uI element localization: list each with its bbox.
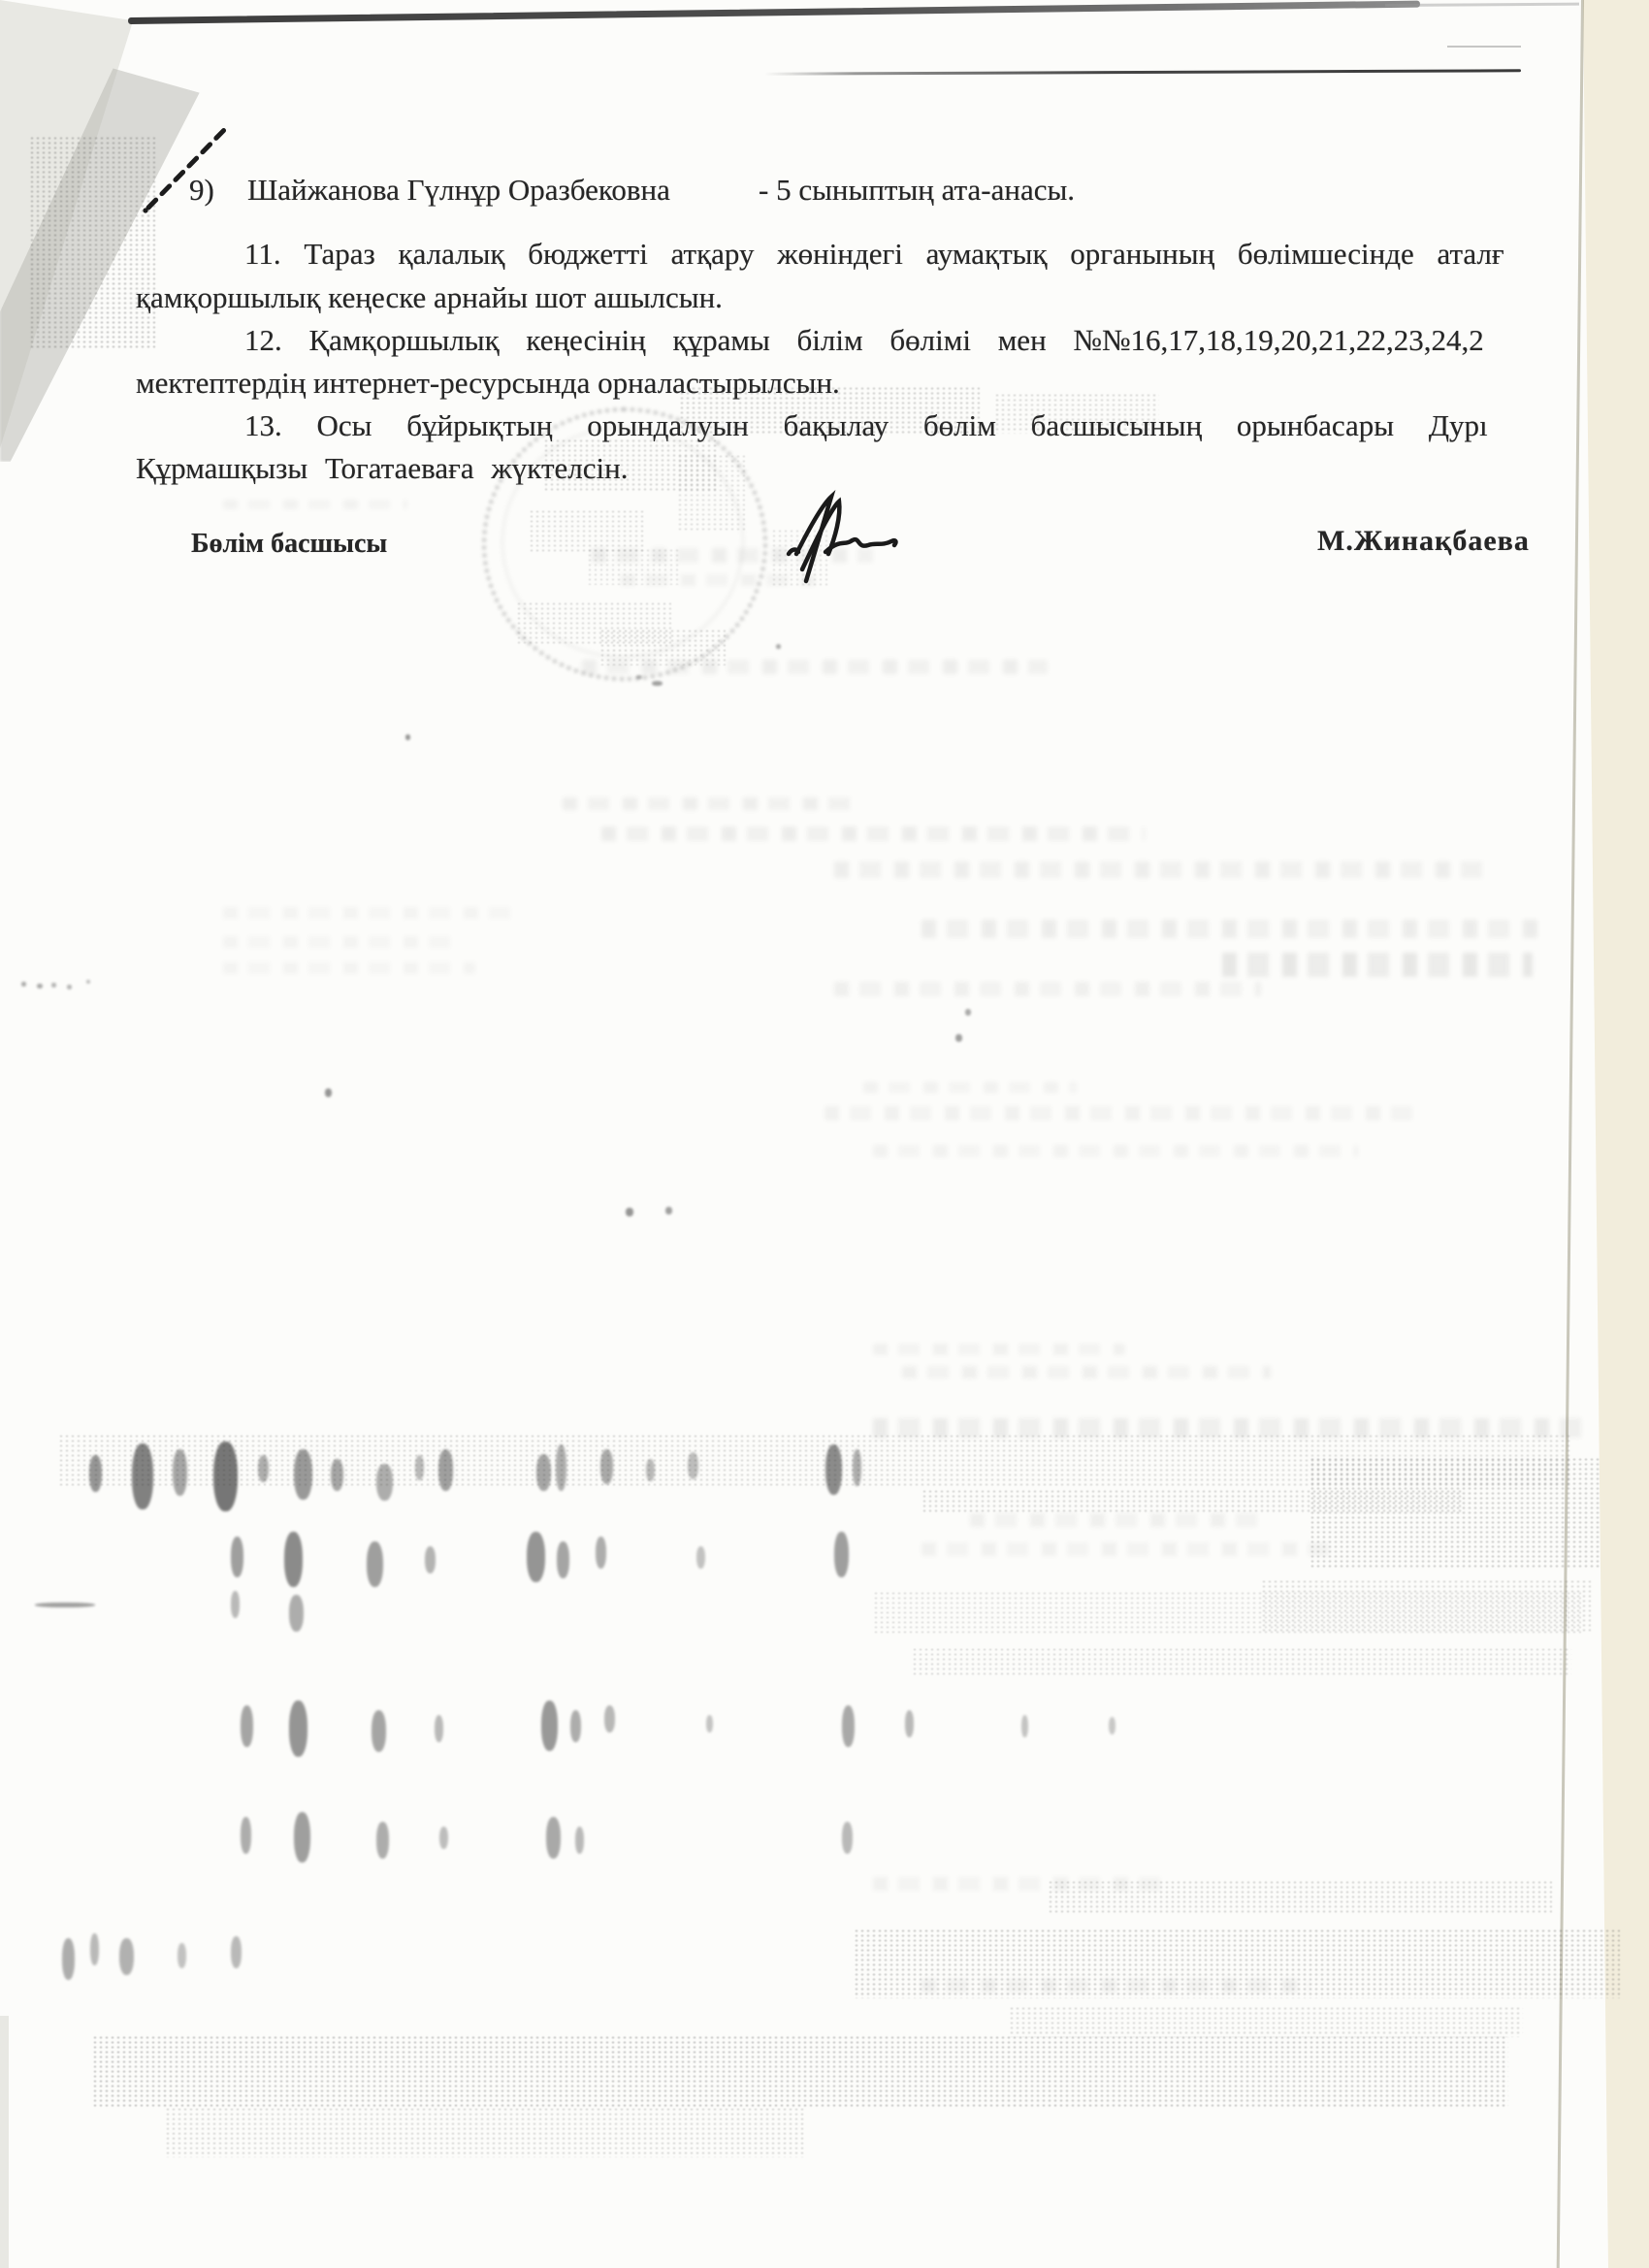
bleed-through-blob-artifact bbox=[132, 1443, 153, 1509]
bleed-through-mottle-artifact bbox=[1309, 1457, 1600, 1569]
bleed-through-ghost-artifact bbox=[921, 1542, 1329, 1556]
bleed-through-blob-artifact bbox=[89, 1455, 102, 1492]
bleed-through-blob-artifact bbox=[376, 1822, 389, 1859]
page-top-edge-shadow-faint bbox=[1385, 3, 1579, 7]
bleed-through-mottle-artifact bbox=[1048, 1880, 1552, 1914]
bleed-through-mottle-artifact bbox=[1261, 1579, 1591, 1633]
bleed-through-blob-artifact bbox=[575, 1827, 584, 1854]
bleed-through-blob-artifact bbox=[376, 1464, 393, 1501]
bleed-through-blob-artifact bbox=[541, 1701, 558, 1751]
bleed-through-blob-artifact bbox=[626, 1208, 633, 1216]
person-role: - 5 сыныптың ата-анасы. bbox=[759, 171, 1075, 210]
bleed-through-blob-artifact bbox=[834, 1532, 849, 1577]
separator-line-faint bbox=[1447, 46, 1521, 48]
bleed-through-blob-artifact bbox=[1109, 1717, 1115, 1734]
bleed-through-blob-artifact bbox=[367, 1541, 383, 1587]
signature-scribble bbox=[782, 490, 918, 601]
bleed-through-blob-artifact bbox=[325, 1088, 332, 1097]
bleed-through-blob-artifact bbox=[556, 1444, 566, 1491]
bleed-through-blob-artifact bbox=[35, 1603, 95, 1607]
bleed-through-ghost-artifact bbox=[834, 982, 1261, 996]
bleed-through-ghost-artifact bbox=[902, 1366, 1271, 1378]
signatory-name: М.Жинақбаева bbox=[1317, 522, 1530, 561]
paper-left-edge-strip bbox=[0, 2016, 9, 2268]
paragraph-13-line-1: 13. Осы бұйрықтың орындалуын бақылау бөл… bbox=[136, 406, 1523, 445]
bleed-through-blob-artifact bbox=[646, 1459, 655, 1481]
paragraph-11-line-2: қамқоршылық кеңеске арнайы шот ашылсын. bbox=[136, 278, 723, 317]
bleed-through-blob-artifact bbox=[405, 734, 410, 740]
bleed-through-ghost-artifact bbox=[834, 861, 1494, 878]
bleed-through-ghost-artifact bbox=[563, 797, 854, 810]
bleed-through-blob-artifact bbox=[652, 681, 663, 686]
bleed-through-blob-artifact bbox=[415, 1455, 424, 1480]
bleed-through-blob-artifact bbox=[536, 1454, 551, 1491]
page-top-edge-shadow bbox=[128, 1, 1420, 24]
bleed-through-blob-artifact bbox=[294, 1449, 312, 1500]
bleed-through-blob-artifact bbox=[688, 1452, 698, 1479]
bleed-through-blob-artifact bbox=[67, 985, 72, 989]
bleed-through-ghost-artifact bbox=[223, 907, 514, 919]
bleed-through-blob-artifact bbox=[21, 982, 26, 987]
bleed-through-blob-artifact bbox=[178, 1943, 186, 1968]
bleed-through-blob-artifact bbox=[37, 984, 43, 988]
bleed-through-ghost-artifact bbox=[863, 1082, 1077, 1093]
bleed-through-mottle-artifact bbox=[1009, 2006, 1523, 2037]
bleed-through-blob-artifact bbox=[842, 1705, 855, 1747]
bleed-through-blob-artifact bbox=[372, 1710, 386, 1752]
bleed-through-ghost-artifact bbox=[921, 920, 1542, 938]
bleed-through-blob-artifact bbox=[213, 1442, 238, 1511]
bleed-through-ghost-artifact bbox=[873, 1344, 1125, 1355]
bleed-through-blob-artifact bbox=[289, 1595, 304, 1632]
bleed-through-ghost-artifact bbox=[873, 1418, 1591, 1438]
bleed-through-blob-artifact bbox=[596, 1537, 606, 1569]
bleed-through-mottle-artifact bbox=[165, 2107, 805, 2157]
bleed-through-mottle-artifact bbox=[854, 1928, 1620, 1998]
bleed-through-blob-artifact bbox=[842, 1822, 853, 1854]
pen-check-mark bbox=[131, 114, 247, 221]
bleed-through-ghost-artifact bbox=[873, 1877, 1164, 1891]
bleed-through-ghost-artifact bbox=[970, 1513, 1261, 1527]
bleed-through-blob-artifact bbox=[604, 1705, 615, 1733]
bleed-through-blob-artifact bbox=[955, 1034, 962, 1042]
bleed-through-blob-artifact bbox=[600, 1449, 613, 1484]
bleed-through-blob-artifact bbox=[294, 1812, 310, 1863]
bleed-through-blob-artifact bbox=[331, 1459, 343, 1491]
bleed-through-ghost-artifact bbox=[223, 936, 456, 948]
bleed-through-mottle-artifact bbox=[912, 1647, 1571, 1676]
bleed-through-ghost-artifact bbox=[1222, 953, 1533, 977]
bleed-through-blob-artifact bbox=[173, 1449, 187, 1496]
bleed-through-mottle-artifact bbox=[921, 1489, 1465, 1514]
bleed-through-blob-artifact bbox=[435, 1715, 443, 1742]
bleed-through-blob-artifact bbox=[86, 980, 90, 984]
scanned-document-page: 9) Шайжанова Гүлнұр Оразбековна - 5 сыны… bbox=[0, 0, 1649, 2268]
bleed-through-blob-artifact bbox=[438, 1449, 453, 1491]
department-head-title: Бөлім басшысы bbox=[191, 525, 387, 564]
official-round-stamp-inner-ring bbox=[501, 427, 744, 658]
bleed-through-blob-artifact bbox=[825, 1444, 842, 1495]
bleed-through-blob-artifact bbox=[241, 1705, 253, 1747]
bleed-through-ghost-artifact bbox=[824, 1106, 1426, 1120]
paragraph-12-line-1: 12. Қамқоршылық кеңесінің құрамы білім б… bbox=[136, 321, 1583, 360]
bleed-through-blob-artifact bbox=[231, 1537, 243, 1577]
bleed-through-blob-artifact bbox=[62, 1938, 75, 1980]
bleed-through-mottle-artifact bbox=[92, 2035, 1508, 2108]
bleed-through-blob-artifact bbox=[90, 1933, 99, 1965]
bleed-through-blob-artifact bbox=[570, 1710, 581, 1742]
bleed-through-blob-artifact bbox=[289, 1701, 307, 1757]
bleed-through-blob-artifact bbox=[119, 1938, 134, 1975]
bleed-through-blob-artifact bbox=[258, 1455, 269, 1482]
bleed-through-ghost-artifact bbox=[223, 962, 475, 974]
bleed-through-blob-artifact bbox=[696, 1546, 705, 1569]
bleed-through-ghost-artifact bbox=[921, 1979, 1309, 1993]
bleed-through-mottle-artifact bbox=[58, 1434, 1571, 1487]
bleed-through-blob-artifact bbox=[231, 1591, 240, 1618]
bleed-through-blob-artifact bbox=[905, 1710, 914, 1737]
bleed-through-ghost-artifact bbox=[601, 826, 1145, 841]
bleed-through-blob-artifact bbox=[231, 1936, 242, 1968]
paragraph-11-line-1: 11. Тараз қалалық бюджетті атқару жөнінд… bbox=[136, 235, 1583, 274]
bleed-through-blob-artifact bbox=[439, 1827, 448, 1849]
list-item-9: 9) Шайжанова Гүлнұр Оразбековна - 5 сыны… bbox=[189, 171, 1353, 210]
person-name: Шайжанова Гүлнұр Оразбековна bbox=[247, 171, 670, 210]
bleed-through-blob-artifact bbox=[1021, 1715, 1028, 1737]
bleed-through-blob-artifact bbox=[706, 1715, 713, 1733]
bleed-through-blob-artifact bbox=[776, 644, 781, 649]
bleed-through-blob-artifact bbox=[665, 1207, 672, 1215]
bleed-through-blob-artifact bbox=[557, 1541, 569, 1578]
bleed-through-blob-artifact bbox=[241, 1817, 251, 1854]
bleed-through-blob-artifact bbox=[546, 1817, 561, 1859]
bleed-through-blob-artifact bbox=[51, 983, 56, 988]
separator-line bbox=[764, 69, 1521, 75]
bleed-through-blob-artifact bbox=[425, 1546, 436, 1573]
bleed-through-ghost-artifact bbox=[873, 1145, 1358, 1157]
bleed-through-blob-artifact bbox=[284, 1532, 303, 1587]
bleed-through-ghost-artifact bbox=[223, 500, 407, 509]
bleed-through-blob-artifact bbox=[965, 1009, 971, 1016]
bleed-through-mottle-artifact bbox=[873, 1591, 1581, 1635]
paragraph-12-line-2: мектептердің интернет-ресурсында орналас… bbox=[136, 364, 840, 403]
bleed-through-blob-artifact bbox=[853, 1449, 861, 1486]
bleed-through-blob-artifact bbox=[527, 1532, 545, 1582]
